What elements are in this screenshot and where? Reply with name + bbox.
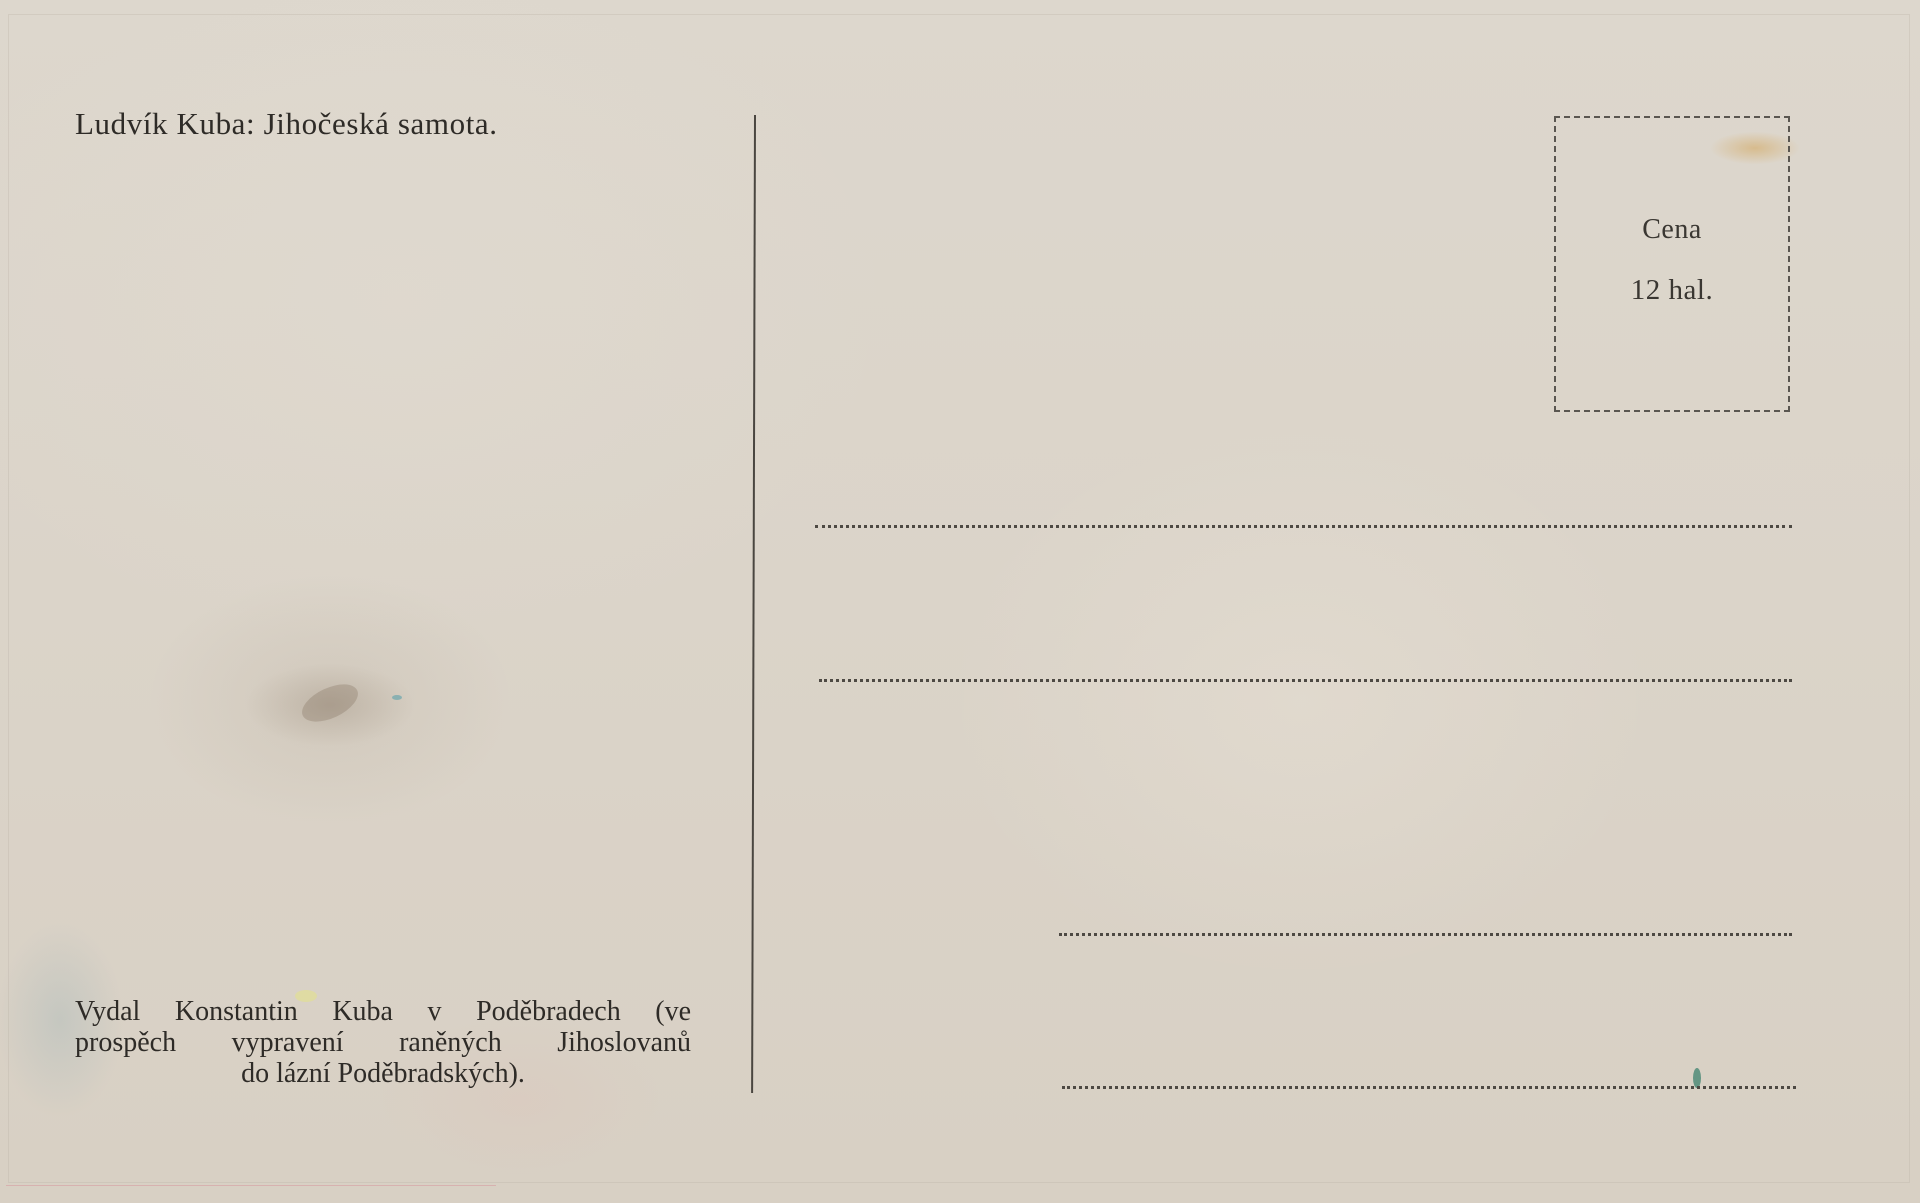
address-line-2 — [819, 679, 1792, 682]
publisher-line-2: prospěch vypravení raněných Jihoslovanů — [75, 1027, 691, 1058]
stamp-price: 12 hal. — [1556, 274, 1788, 307]
green-speck — [1693, 1068, 1701, 1088]
ink-smudge — [296, 677, 363, 730]
center-divider-line — [751, 115, 756, 1093]
blue-speck — [392, 695, 402, 700]
publisher-line-1: Vydal Konstantin Kuba v Poděbradech (ve — [75, 996, 691, 1027]
publisher-line-3: do lázní Poděbradských). — [75, 1058, 691, 1089]
stamp-label: Cena — [1556, 214, 1788, 246]
pink-trim-mark — [6, 1185, 496, 1186]
stamp-box: Cena 12 hal. — [1554, 116, 1790, 412]
address-line-4 — [1062, 1086, 1796, 1089]
publisher-note: Vydal Konstantin Kuba v Poděbradech (ve … — [75, 996, 691, 1089]
address-line-3 — [1059, 933, 1792, 936]
artwork-title: Ludvík Kuba: Jihočeská samota. — [75, 106, 498, 142]
postcard-back: Ludvík Kuba: Jihočeská samota. Vydal Kon… — [0, 0, 1920, 1203]
address-line-1 — [815, 525, 1792, 528]
